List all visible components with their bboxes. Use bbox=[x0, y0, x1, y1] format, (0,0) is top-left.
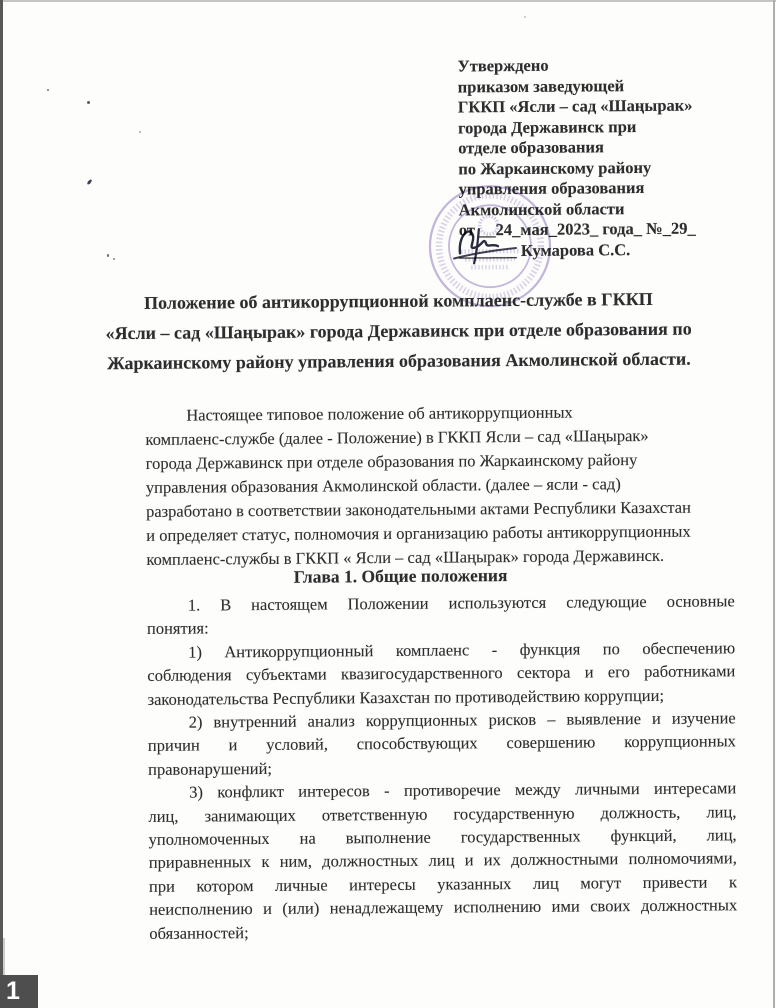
clause-line: обязанностей; bbox=[149, 917, 737, 945]
chapter-heading: Глава 1. Общие положения bbox=[80, 563, 720, 589]
approval-line: города Державинск при bbox=[458, 116, 744, 139]
approval-line: отделе образования bbox=[458, 136, 744, 159]
clause-line: неисполнению и (или) ненадлежащему испол… bbox=[149, 894, 737, 922]
clause-line: причин и условий, способствующих соверше… bbox=[148, 730, 736, 758]
scanned-document-page: Утвержденоприказом заведующейГККП «Ясли … bbox=[0, 0, 776, 1008]
approval-line: приказом заведующей bbox=[458, 75, 744, 98]
intro-paragraph: Настоящее типовое положение об антикорру… bbox=[145, 399, 746, 572]
title-line: Жаркаинскому району управления образован… bbox=[79, 343, 719, 378]
signature-scribble-icon bbox=[446, 219, 530, 268]
clauses-block: 1. В настоящем Положении используются сл… bbox=[147, 589, 738, 945]
page-number-badge: 1 bbox=[0, 975, 38, 1008]
approval-line: по Жаркаинскому району bbox=[458, 157, 744, 180]
approval-line: ГККП «Ясли – сад «Шаңырак» bbox=[458, 95, 744, 118]
page-number: 1 bbox=[6, 977, 20, 1006]
approval-line: Утверждено bbox=[457, 54, 743, 77]
document-title: Положение об антикоррупционной комплаенс… bbox=[78, 283, 719, 378]
